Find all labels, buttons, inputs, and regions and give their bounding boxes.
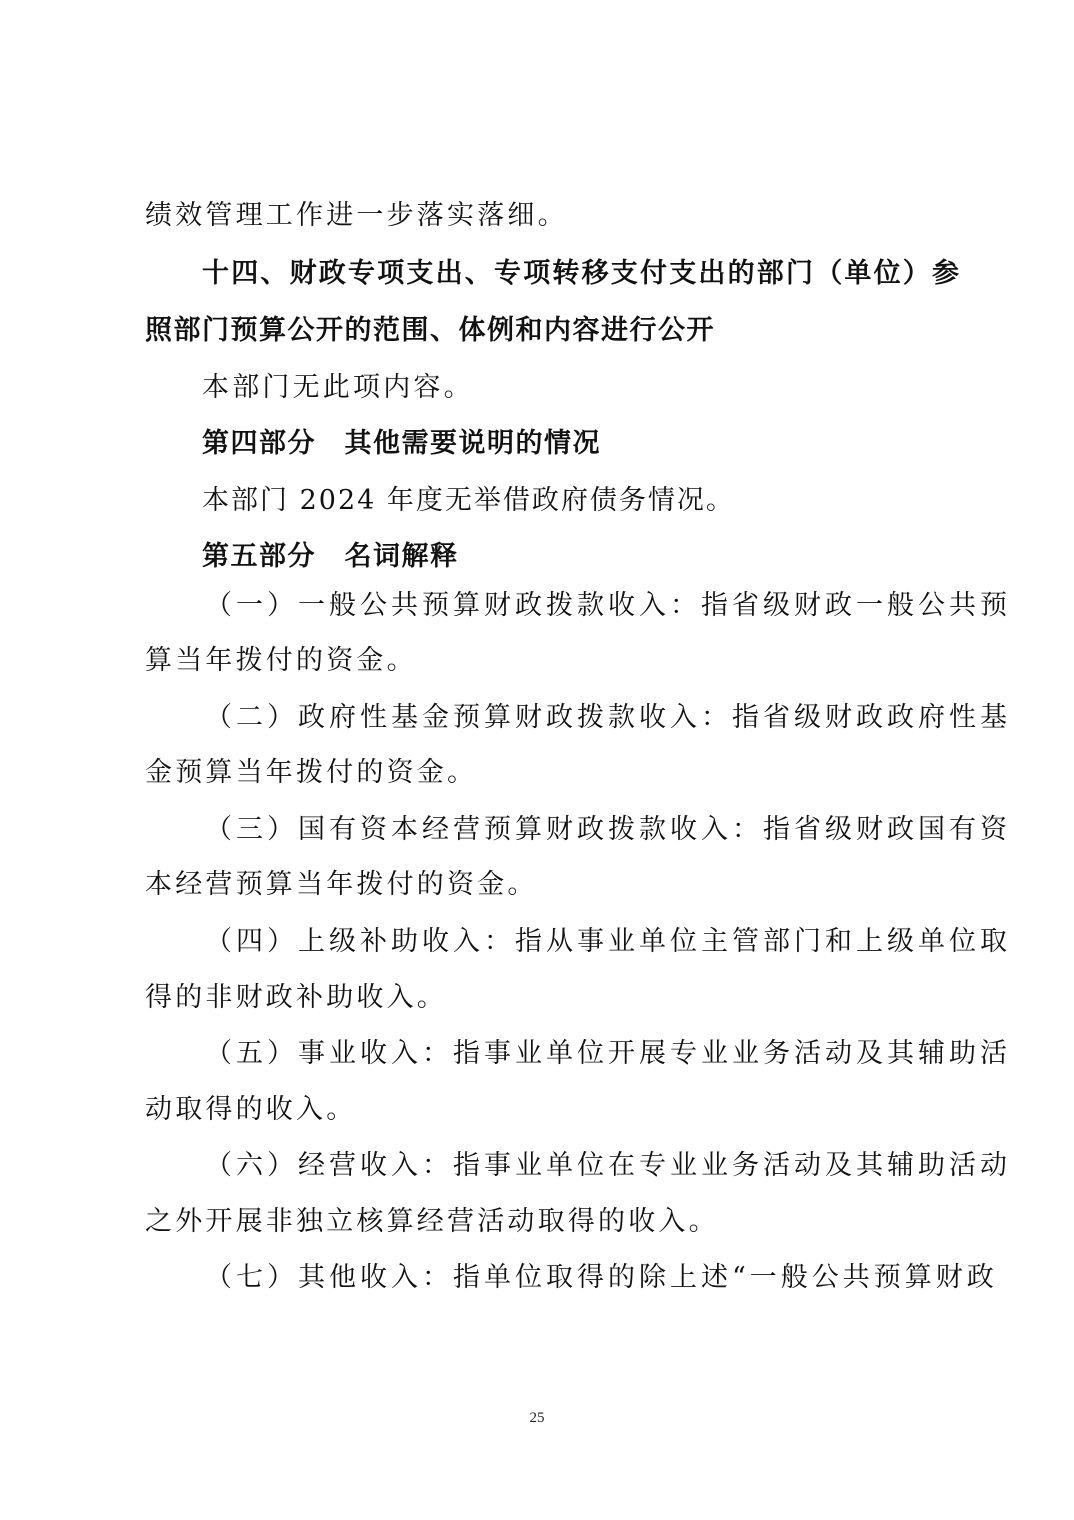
- definition-5-cont: 动取得的收入。: [145, 1092, 945, 1128]
- definition-4: （四）上级补助收入：指从事业单位主管部门和上级单位取: [205, 924, 1005, 960]
- definition-5: （五）事业收入：指事业单位开展专业业务活动及其辅助活: [205, 1036, 1005, 1072]
- section-heading-14: 十四、财政专项支出、专项转移支付支出的部门（单位）参: [202, 256, 1002, 292]
- paragraph-continuation: 绩效管理工作进一步落实落细。: [145, 198, 945, 234]
- part-five-heading: 第五部分 名词解释: [202, 539, 1002, 575]
- document-page: 绩效管理工作进一步落实落细。 十四、财政专项支出、专项转移支付支出的部门（单位）…: [0, 0, 1074, 1520]
- section-heading-14-cont: 照部门预算公开的范围、体例和内容进行公开: [145, 313, 945, 349]
- page-number: 25: [0, 1410, 1074, 1427]
- part-four-heading: 第四部分 其他需要说明的情况: [202, 426, 1002, 462]
- definition-1-cont: 算当年拨付的资金。: [145, 643, 945, 679]
- paragraph-no-content: 本部门无此项内容。: [202, 370, 1002, 406]
- definition-7: （七）其他收入：指单位取得的除上述“一般公共预算财政: [205, 1260, 1005, 1296]
- definition-1: （一）一般公共预算财政拨款收入：指省级财政一般公共预: [205, 588, 1005, 624]
- definition-2: （二）政府性基金预算财政拨款收入：指省级财政政府性基: [205, 700, 1005, 736]
- definition-6-cont: 之外开展非独立核算经营活动取得的收入。: [145, 1204, 945, 1240]
- definition-4-cont: 得的非财政补助收入。: [145, 980, 945, 1016]
- definition-6: （六）经营收入：指事业单位在专业业务活动及其辅助活动: [205, 1148, 1005, 1184]
- definition-3-cont: 本经营预算当年拨付的资金。: [145, 867, 945, 903]
- paragraph-debt: 本部门 2024 年度无举借政府债务情况。: [202, 483, 1002, 519]
- definition-3: （三）国有资本经营预算财政拨款收入：指省级财政国有资: [205, 812, 1005, 848]
- definition-2-cont: 金预算当年拨付的资金。: [145, 755, 945, 791]
